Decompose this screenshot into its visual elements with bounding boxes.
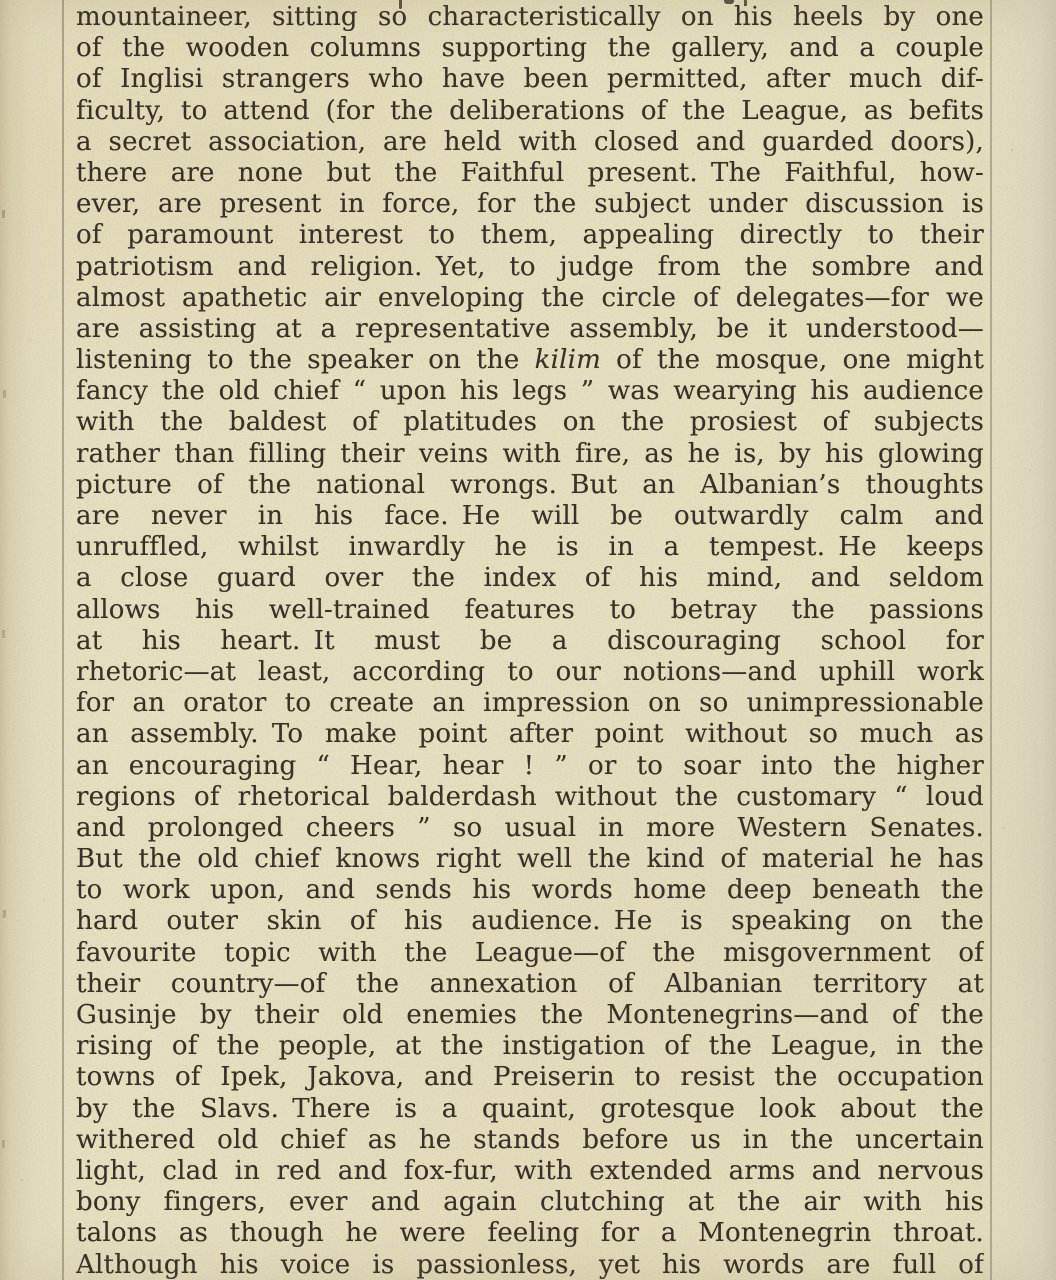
- text-line: with the baldest of platitudes on the pr…: [76, 407, 984, 438]
- text-line: rhetoric—at least, according to our noti…: [76, 657, 984, 688]
- text-line: bony fingers, ever and again clutching a…: [76, 1187, 984, 1218]
- text-line: listening to the speaker on the kilim of…: [76, 345, 984, 376]
- text-line: towns of Ipek, Jakova, and Preiserin to …: [76, 1062, 984, 1093]
- text-line: a close guard over the index of his mind…: [76, 563, 984, 594]
- text-line: light, clad in red and fox-fur, with ext…: [76, 1156, 984, 1187]
- text-column: mountaineer, sitting so characteristical…: [76, 2, 984, 1280]
- text-line: allows his well-trained features to betr…: [76, 595, 984, 626]
- text-line: talons as though he were feeling for a M…: [76, 1218, 984, 1249]
- text-line: regions of rhetorical balderdash without…: [76, 782, 984, 813]
- text-line: of paramount interest to them, appealing…: [76, 220, 984, 251]
- text-line: withered old chief as he stands before u…: [76, 1125, 984, 1156]
- text-line: almost apathetic air enveloping the circ…: [76, 283, 984, 314]
- text-line: hard outer skin of his audience. He is s…: [76, 906, 984, 937]
- text-line: patriotism and religion. Yet, to judge f…: [76, 252, 984, 283]
- text-line: Gusinje by their old enemies the Montene…: [76, 1000, 984, 1031]
- text-line: of the wooden columns supporting the gal…: [76, 33, 984, 64]
- text-line: mountaineer, sitting so characteristical…: [76, 2, 984, 33]
- text-line: of Inglisi strangers who have been permi…: [76, 64, 984, 95]
- text-line: fancy the old chief “ upon his legs ” wa…: [76, 376, 984, 407]
- text-line: rising of the people, at the instigation…: [76, 1031, 984, 1062]
- text-line: an encouraging “ Hear, hear ! ” or to so…: [76, 751, 984, 782]
- text-line: ever, are present in force, for the subj…: [76, 189, 984, 220]
- text-line: there are none but the Faithful present.…: [76, 158, 984, 189]
- text-line: by the Slavs. There is a quaint, grotesq…: [76, 1094, 984, 1125]
- text-line: But the old chief knows right well the k…: [76, 844, 984, 875]
- text-line: picture of the national wrongs. But an A…: [76, 470, 984, 501]
- book-page: mountaineer, sitting so characteristical…: [0, 0, 1056, 1280]
- text-line: and prolonged cheers ” so usual in more …: [76, 813, 984, 844]
- page-edge-marks: [2, 210, 5, 218]
- clipped-line-descender-mark: [744, 0, 747, 6]
- text-line: are never in his face. He will be outwar…: [76, 501, 984, 532]
- text-line: a secret association, are held with clos…: [76, 127, 984, 158]
- text-line: to work upon, and sends his words home d…: [76, 875, 984, 906]
- text-line: ficulty, to attend (for the deliberation…: [76, 96, 984, 127]
- text-line: an assembly. To make point after point w…: [76, 719, 984, 750]
- text-line: unruffled, whilst inwardly he is in a te…: [76, 532, 984, 563]
- column-rule-left: [62, 0, 64, 1280]
- text-line: rather than filling their veins with fir…: [76, 439, 984, 470]
- text-line: favourite topic with the League—of the m…: [76, 938, 984, 969]
- column-rule-right: [990, 0, 992, 1280]
- text-line: Although his voice is passionless, yet h…: [76, 1250, 984, 1280]
- text-line: at his heart. It must be a discouraging …: [76, 626, 984, 657]
- text-line: are assisting at a representative assemb…: [76, 314, 984, 345]
- clipped-line-descender-mark: [399, 0, 402, 9]
- clipped-line-descender-mark: [724, 0, 734, 4]
- text-line: for an orator to create an impression on…: [76, 688, 984, 719]
- text-line: their country—of the annexation of Alban…: [76, 969, 984, 1000]
